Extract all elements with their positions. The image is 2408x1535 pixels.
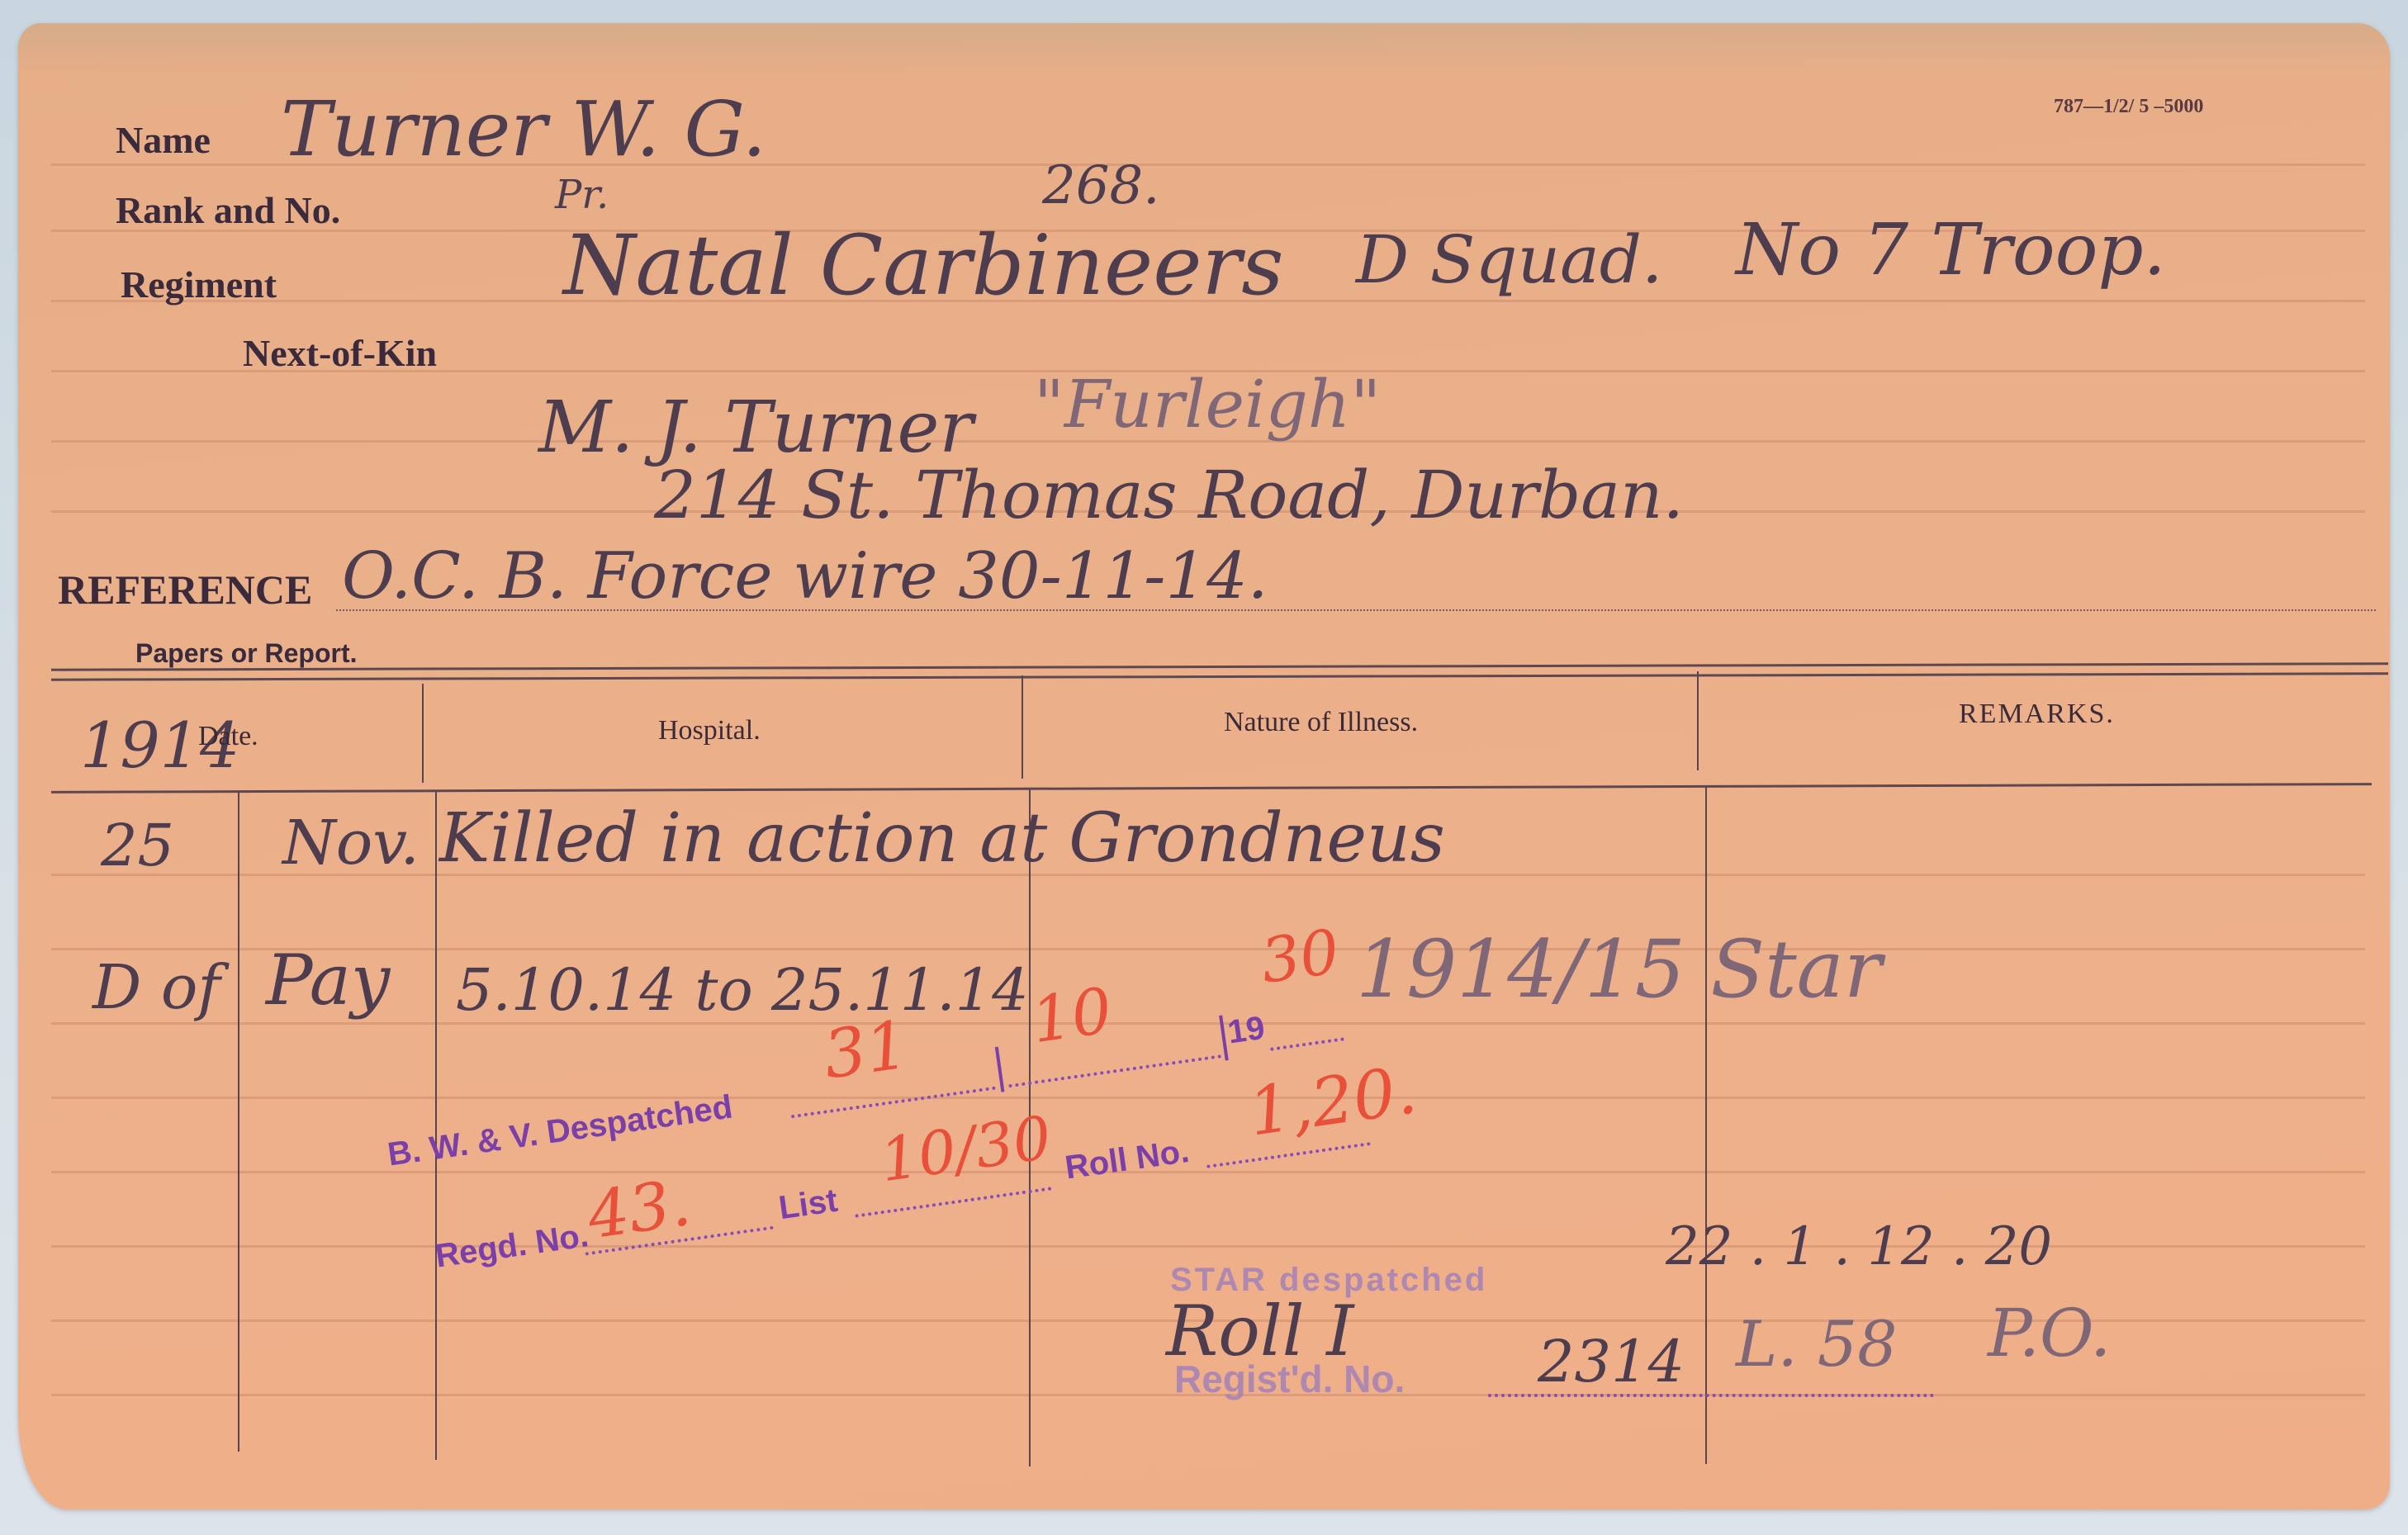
header-divider bbox=[422, 684, 424, 783]
bwv-year-dots bbox=[1270, 1037, 1344, 1050]
bwv-regd-value: 43. bbox=[583, 1166, 694, 1253]
regiment-label: Regiment bbox=[121, 263, 277, 306]
star-po: P.O. bbox=[1988, 1295, 2111, 1372]
service-number: 268. bbox=[1042, 155, 1160, 216]
casualty-record-card: 787—1/2/ 5 –5000 Name Rank and No. Regim… bbox=[18, 23, 2390, 1509]
regiment-value: Natal Carbineers bbox=[563, 217, 1284, 314]
column-line-day bbox=[238, 791, 239, 1452]
bwv-despatched-month: 10 bbox=[1027, 974, 1116, 1058]
row1-month: Nov. bbox=[282, 808, 420, 879]
nature-of-illness-header: Nature of Illness. bbox=[1224, 707, 1418, 738]
bwv-regd-label: Regd. No. bbox=[433, 1217, 590, 1276]
rank: Pr. bbox=[555, 172, 609, 218]
squadron-value: D Squad. bbox=[1356, 221, 1662, 298]
next-of-kin-house: "Furleigh" bbox=[1034, 366, 1381, 443]
header-divider bbox=[1697, 671, 1699, 770]
bwv-list-label: List bbox=[776, 1182, 840, 1227]
table-top-rule bbox=[51, 662, 2388, 670]
star-despatched-date: 22 . 1 . 12 . 20 bbox=[1666, 1216, 2052, 1277]
bwv-roll-label: Roll No. bbox=[1063, 1133, 1192, 1187]
reference-value: O.C. B. Force wire 30-11-14. bbox=[342, 539, 1268, 614]
bwv-list-value: 10/30 bbox=[876, 1102, 1055, 1195]
bwv-despatched-label: B. W. & V. Despatched bbox=[386, 1088, 735, 1173]
row2-day: D of bbox=[92, 952, 220, 1023]
bwv-month-dots bbox=[1008, 1054, 1221, 1087]
bwv-roll-value: 1,20. bbox=[1244, 1051, 1421, 1150]
header-bottom-rule bbox=[51, 783, 2372, 794]
star-regd-label: Regist'd. No. bbox=[1174, 1357, 1405, 1401]
bwv-year-prefix: 19 bbox=[1225, 1010, 1267, 1052]
reference-label: REFERENCE bbox=[58, 566, 312, 614]
table-top-rule-inner bbox=[51, 672, 2388, 680]
header-divider bbox=[1022, 675, 1023, 779]
form-code: 787—1/2/ 5 –5000 bbox=[2054, 96, 2203, 118]
bwv-stamp: B. W. & V. Despatched 19 31 10 30 Regd. … bbox=[344, 810, 1453, 1286]
soldier-name: Turner W. G. bbox=[281, 85, 766, 173]
rank-and-no-label: Rank and No. bbox=[116, 188, 340, 232]
column-line-illness bbox=[1705, 787, 1707, 1464]
row2-remark: 1914/15 Star bbox=[1356, 923, 1882, 1016]
bwv-separator bbox=[995, 1047, 1005, 1092]
troop-value: No 7 Troop. bbox=[1736, 209, 2166, 291]
star-regd-value: 2314 bbox=[1538, 1328, 1685, 1395]
remarks-header: REMARKS. bbox=[1959, 699, 2115, 730]
star-page: L. 58 bbox=[1736, 1307, 1898, 1381]
papers-or-report-label: Papers or Report. bbox=[135, 638, 358, 669]
next-of-kin-address: 214 St. Thomas Road, Durban. bbox=[654, 457, 1684, 533]
row1-day: 25 bbox=[101, 812, 174, 879]
name-label: Name bbox=[116, 118, 211, 162]
bwv-despatched-year: 30 bbox=[1257, 917, 1344, 997]
bwv-despatched-day: 31 bbox=[819, 1006, 913, 1093]
hospital-header: Hospital. bbox=[658, 715, 761, 746]
date-header: Date. bbox=[198, 721, 258, 752]
next-of-kin-label: Next-of-Kin bbox=[243, 331, 437, 375]
